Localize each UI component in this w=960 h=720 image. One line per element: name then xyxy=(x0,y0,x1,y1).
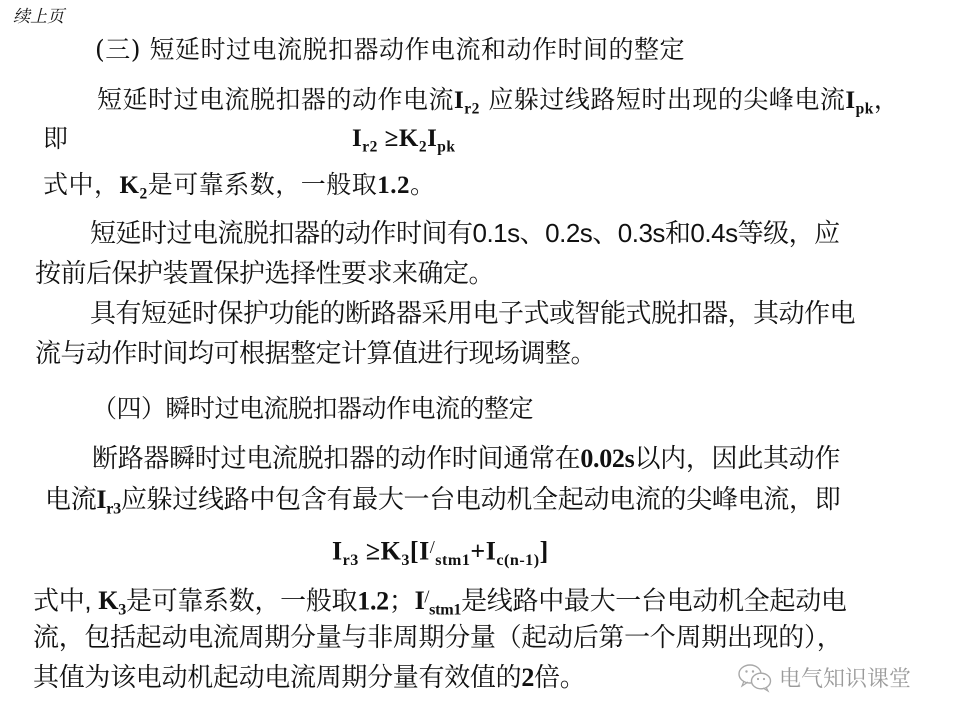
section3-paragraph2-line2: 按前后保护装置保护选择性要求来确定。 xyxy=(35,258,494,288)
section3-heading: (三) 短延时过电流脱扣器动作电流和动作时间的整定 xyxy=(95,35,685,65)
watermark-text: 电气知识课堂 xyxy=(779,662,911,693)
section4-paragraph1-line2: 电流Ir3应躲过线路中包含有最大一台电动机全起动电流的尖峰电流，即 xyxy=(45,484,840,515)
symbol-ipk: Ipk xyxy=(845,87,873,114)
section4-note-line1: 式中, K3是可靠系数，一般取1.2；I/stm1是线路中最大一台电动机全起动电 xyxy=(33,582,847,616)
section4-note-line3: 其值为该电动机起动电流周期分量有效值的2倍。 xyxy=(33,662,585,693)
watermark: 电气知识课堂 xyxy=(737,662,911,693)
formula-short-delay: Ir2 ≥K2Ipk xyxy=(352,124,456,154)
section3-paragraph3-line1: 具有短延时保护功能的断路器采用电子式或智能式脱扣器，其动作电 xyxy=(90,298,855,328)
section4-paragraph1-line1: 断路器瞬时过电流脱扣器的动作时间通常在0.02s以内，因此其动作 xyxy=(92,443,840,474)
section4-note-line2: 流，包括起动电流周期分量与非周期分量（起动后第一个周期出现的）， xyxy=(33,622,842,652)
formula-instantaneous: Ir3 ≥K3[I/stm1+Ic(n-1)] xyxy=(332,532,549,566)
wechat-icon xyxy=(737,663,773,693)
symbol-ir2: Ir2 xyxy=(454,87,480,114)
ji-label: 即 xyxy=(43,124,69,154)
section3-paragraph1: 短延时过电流脱扣器的动作电流Ir2 应躲过线路短时出现的尖峰电流Ipk， xyxy=(97,85,899,116)
continued-label: 续上页 xyxy=(13,2,64,27)
section4-heading: （四）瞬时过电流脱扣器动作电流的整定 xyxy=(92,394,533,424)
section3-paragraph3-line2: 流与动作时间均可根据整定计算值进行现场调整。 xyxy=(35,338,596,368)
section3-note: 式中，K2是可靠系数，一般取1.2。 xyxy=(43,170,436,201)
section3-paragraph2-line1: 短延时过电流脱扣器的动作时间有0.1s、0.2s、0.3s和0.4s等级，应 xyxy=(90,218,840,248)
